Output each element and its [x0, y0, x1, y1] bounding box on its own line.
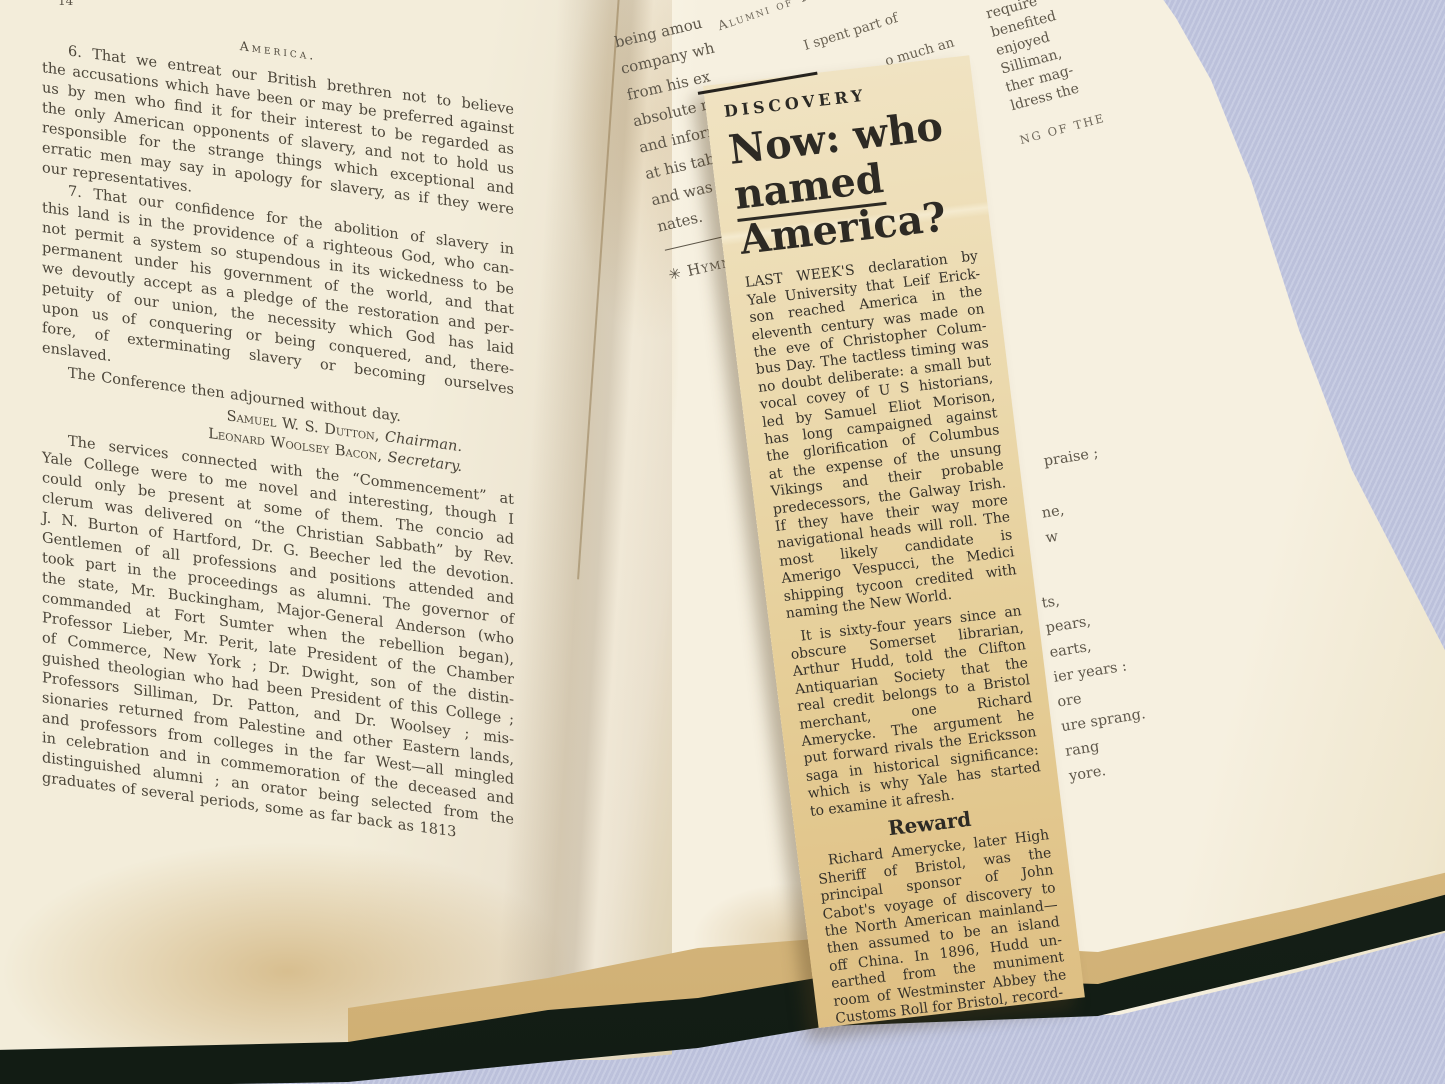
clipping-headline: Now: who named America?	[726, 102, 975, 263]
photo-open-book-with-clipping: Alumni of Yale Colle I spent part of o m…	[0, 0, 1445, 1084]
clipping-paragraph-1: LAST WEEK'S declaration byYale Universit…	[744, 248, 1019, 623]
hymn-line-fragment: ne,	[1040, 498, 1066, 526]
commencement-paragraph: The services connected with the “Commenc…	[42, 428, 514, 850]
clipping-paragraph-3: Richard Amerycke, later HighSheriff of B…	[815, 827, 1069, 1028]
hymn-line-fragment: w	[1044, 523, 1070, 551]
left-page-text: America. 6. That we entreat our British …	[42, 10, 514, 850]
clipping-paragraph-2: It is sixty-four years since anobscure S…	[788, 603, 1044, 821]
page-number-fragment: 14	[58, 0, 73, 8]
